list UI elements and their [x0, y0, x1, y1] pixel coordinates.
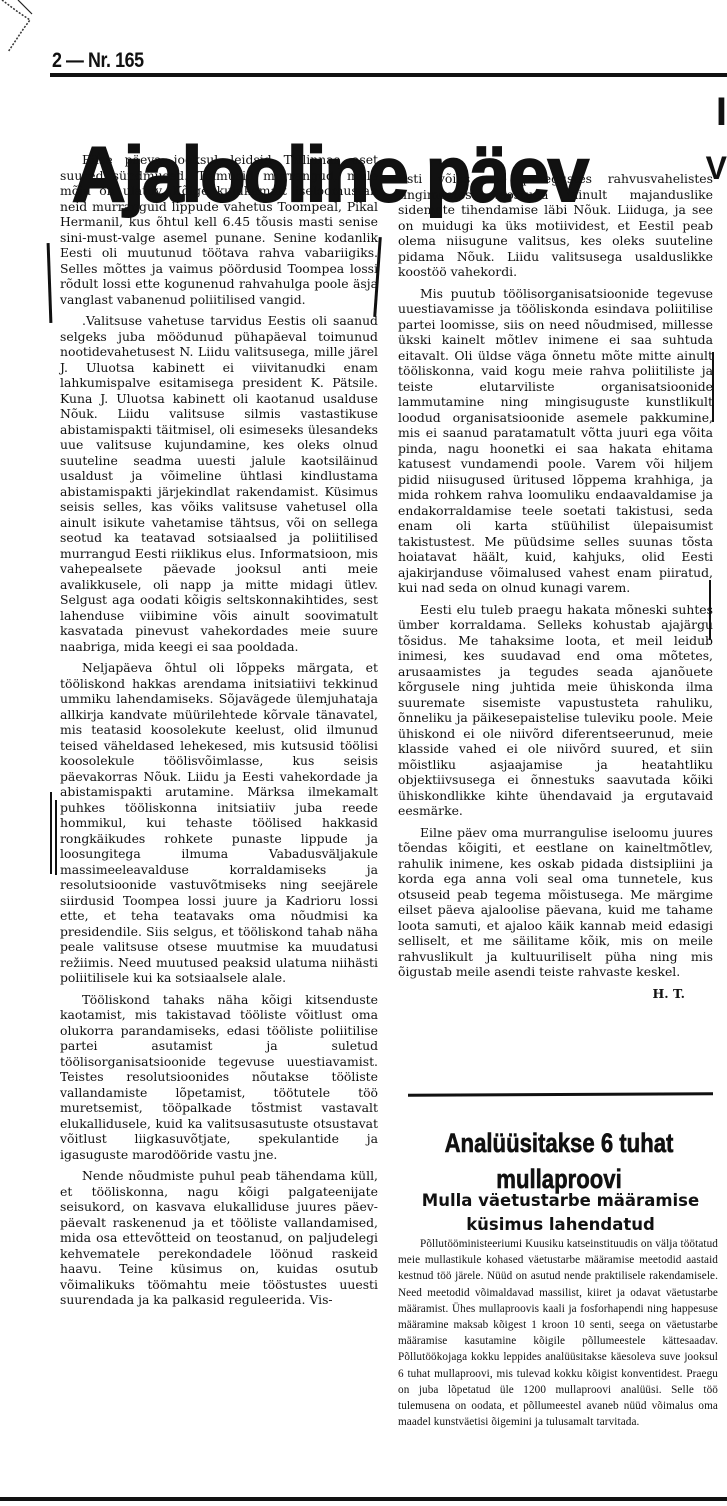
paragraph: Eesti elu tuleb praegu hakata mõneski su… [398, 602, 713, 819]
second-article-subtitle: Mulla väetustarbe määramise küsimus lahe… [408, 1189, 713, 1237]
page-number: 2 — Nr. 165 [52, 50, 144, 72]
paragraph: tisti võiks see praegustes rahvusvahelis… [398, 171, 713, 280]
header-rule [50, 73, 727, 77]
second-article-body: Põllutööministeeriumi Kuusiku katseinsti… [398, 1236, 718, 1430]
paragraph: Mis puutub töölisorganisatsioonide tegev… [398, 286, 713, 596]
page-corner-fold-icon [0, 0, 40, 55]
margin-mark [47, 243, 53, 323]
main-article-right-column: tisti võiks see praegustes rahvusvahelis… [398, 171, 713, 1001]
page-header: 2 — Nr. 165 [52, 50, 727, 72]
paragraph: Nende nõudmiste puhul peab tähendama kül… [60, 1168, 378, 1308]
paragraph: Eilne päev oma murrangulise iseloomu juu… [398, 825, 713, 980]
paragraph: Põllutööministeeriumi Kuusiku katseinsti… [398, 1236, 718, 1430]
second-article-title: Analüüsitakse 6 tuhat mullaproovi [427, 1125, 691, 1197]
paragraph: .Valitsuse vahetuse tarvidus Eestis oli … [60, 313, 378, 654]
paragraph: Tööliskond tahaks näha kõigi kitsenduste… [60, 992, 378, 1163]
author-signature: H. T. [398, 986, 713, 1002]
margin-mark [55, 800, 57, 875]
main-article-left-column: Eilse päeva jooksul leidsid Tallinnas as… [60, 152, 378, 1314]
article-separator-rule [408, 1092, 713, 1097]
paragraph: Neljapäeva õhtul oli lõppeks märgata, et… [60, 660, 378, 986]
paragraph: Eilse päeva jooksul leidsid Tallinnas as… [60, 152, 378, 307]
margin-mark [50, 792, 52, 874]
adjacent-page-fragment: I [716, 90, 727, 135]
footer-rule [0, 1497, 727, 1501]
